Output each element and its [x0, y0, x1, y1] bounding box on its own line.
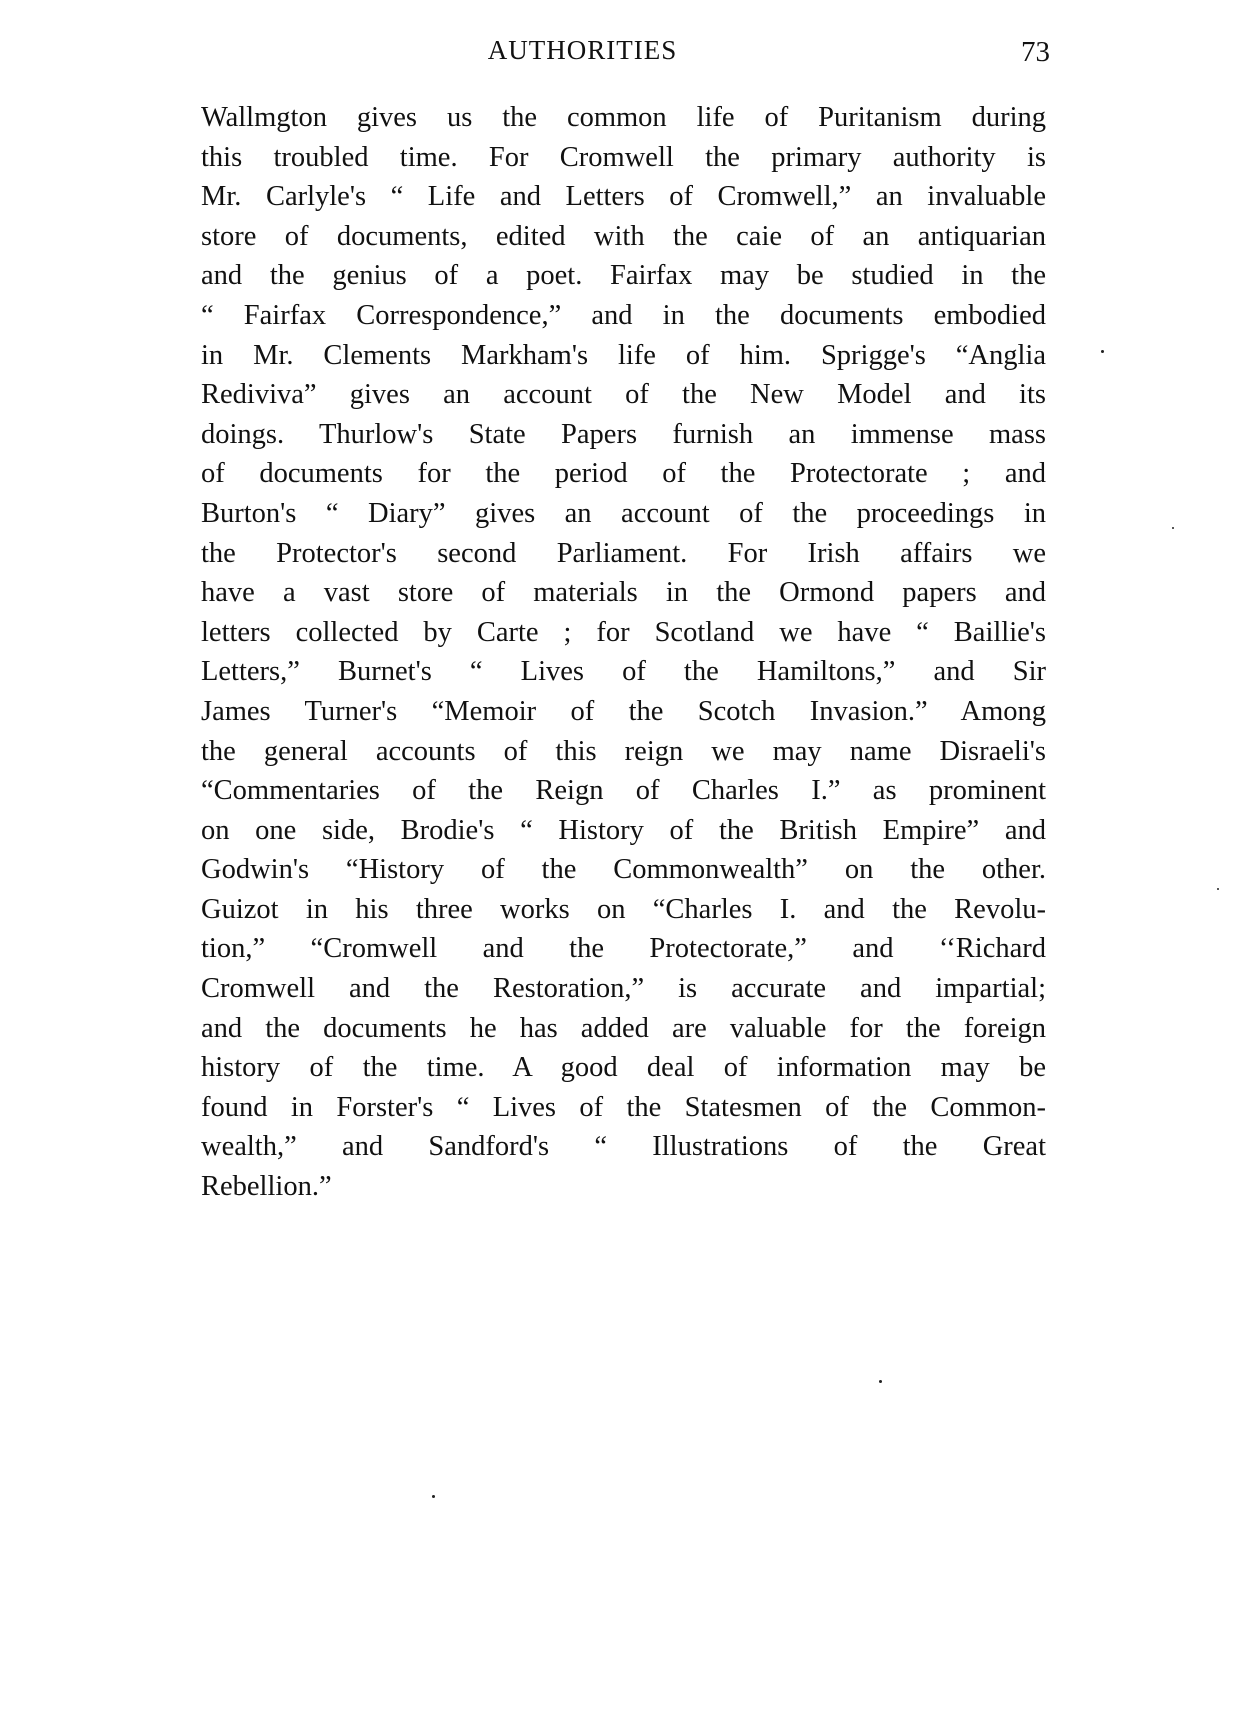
- text-line: James Turner's “Memoir of the Scotch Inv…: [201, 692, 1046, 732]
- text-line: Burton's “ Diary” gives an account of th…: [201, 494, 1046, 534]
- text-line: and the documents he has added are valua…: [201, 1009, 1046, 1049]
- text-line: and the genius of a poet. Fairfax may be…: [201, 256, 1046, 296]
- text-line: Rediviva” gives an account of the New Mo…: [201, 375, 1046, 415]
- text-line: store of documents, edited with the caie…: [201, 217, 1046, 257]
- text-line: “ Fairfax Correspondence,” and in the do…: [201, 296, 1046, 336]
- text-line: letters collected by Carte ; for Scotlan…: [201, 613, 1046, 653]
- scan-speck: [1217, 888, 1219, 890]
- scan-speck: [432, 1495, 435, 1498]
- text-line: the general accounts of this reign we ma…: [201, 732, 1046, 772]
- text-line: this troubled time. For Cromwell the pri…: [201, 138, 1046, 178]
- text-line: Wallmgton gives us the common life of Pu…: [201, 98, 1046, 138]
- body-paragraph: Wallmgton gives us the common life of Pu…: [201, 98, 1046, 1207]
- text-line: history of the time. A good deal of info…: [201, 1048, 1046, 1088]
- text-line: Guizot in his three works on “Charles I.…: [201, 890, 1046, 930]
- scan-speck: [1172, 527, 1174, 529]
- text-line: Rebellion.”: [201, 1167, 1046, 1207]
- running-title: AUTHORITIES: [200, 30, 965, 70]
- text-line: Letters,” Burnet's “ Lives of the Hamilt…: [201, 652, 1046, 692]
- page-number: 73: [1021, 32, 1050, 72]
- scan-speck: [1101, 350, 1104, 353]
- text-line: have a vast store of materials in the Or…: [201, 573, 1046, 613]
- text-line: tion,” “Cromwell and the Protectorate,” …: [201, 929, 1046, 969]
- text-line: in Mr. Clements Markham's life of him. S…: [201, 336, 1046, 376]
- text-line: on one side, Brodie's “ History of the B…: [201, 811, 1046, 851]
- book-page: AUTHORITIES 73 Wallmgton gives us the co…: [0, 0, 1240, 1712]
- text-line: found in Forster's “ Lives of the States…: [201, 1088, 1046, 1128]
- text-line: doings. Thurlow's State Papers furnish a…: [201, 415, 1046, 455]
- text-line: of documents for the period of the Prote…: [201, 454, 1046, 494]
- text-line: wealth,” and Sandford's “ Illustrations …: [201, 1127, 1046, 1167]
- text-line: Cromwell and the Restoration,” is accura…: [201, 969, 1046, 1009]
- scan-speck: [879, 1380, 882, 1383]
- text-line: Mr. Carlyle's “ Life and Letters of Crom…: [201, 177, 1046, 217]
- running-head: AUTHORITIES 73: [200, 30, 1050, 70]
- text-line: Godwin's “History of the Commonwealth” o…: [201, 850, 1046, 890]
- text-line: “Commentaries of the Reign of Charles I.…: [201, 771, 1046, 811]
- text-line: the Protector's second Parliament. For I…: [201, 534, 1046, 574]
